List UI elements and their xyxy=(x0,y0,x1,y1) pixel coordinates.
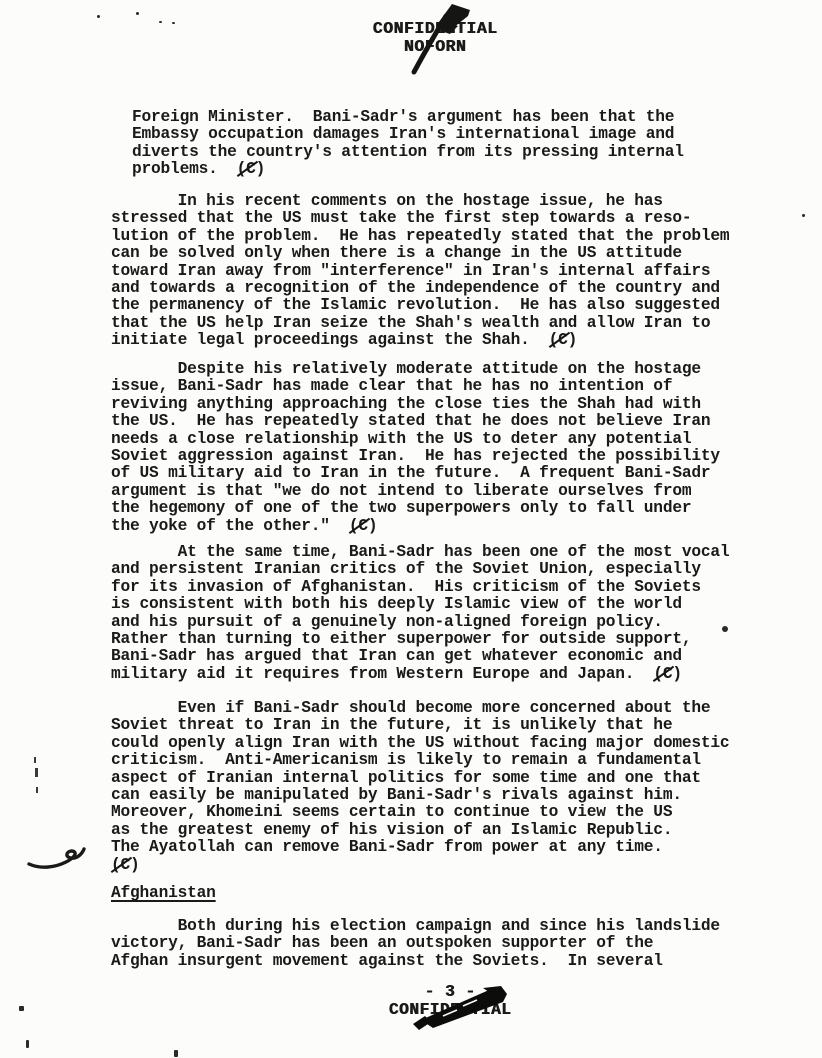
text-line: Soviet threat to Iran in the future, it … xyxy=(111,717,729,734)
text-line: In his recent comments on the hostage is… xyxy=(111,193,729,210)
paragraph: Even if Bani-Sadr should become more con… xyxy=(111,700,729,874)
text-line: The Ayatollah can remove Bani-Sadr from … xyxy=(111,839,729,856)
text-line: of US military aid to Iran in the future… xyxy=(111,465,720,482)
paragraph: At the same time, Bani-Sadr has been one… xyxy=(111,544,729,683)
text-line: Embassy occupation damages Iran's intern… xyxy=(132,126,684,143)
text-line: and his pursuit of a genuinely non-align… xyxy=(111,614,729,631)
classification-footer-label: CONFIDENTIAL xyxy=(340,1002,560,1020)
text-line: Even if Bani-Sadr should become more con… xyxy=(111,700,729,717)
text-line: issue, Bani-Sadr has made clear that he … xyxy=(111,378,720,395)
struck-classification-mark: (C) xyxy=(349,518,378,535)
text-line: the permanency of the Islamic revolution… xyxy=(111,297,729,314)
text-line: problems. (C) xyxy=(132,161,684,178)
text-line: toward Iran away from "interference" in … xyxy=(111,263,729,280)
text-line: At the same time, Bani-Sadr has been one… xyxy=(111,544,729,561)
paragraph: In his recent comments on the hostage is… xyxy=(111,193,729,350)
text-line: as the greatest enemy of his vision of a… xyxy=(111,822,729,839)
text-line: can easily be manipulated by Bani-Sadr's… xyxy=(111,787,729,804)
text-line: stressed that the US must take the first… xyxy=(111,210,729,227)
text-line: victory, Bani-Sadr has been an outspoken… xyxy=(111,935,720,952)
text-line: could openly align Iran with the US with… xyxy=(111,735,729,752)
text-line: the US. He has repeatedly stated that he… xyxy=(111,413,720,430)
ink-speck xyxy=(159,21,162,23)
classification-footer: - 3 - CONFIDENTIAL xyxy=(340,984,560,1019)
text-line: diverts the country's attention from its… xyxy=(132,144,684,161)
struck-classification-mark: (C) xyxy=(237,161,266,178)
text-line: Both during his election campaign and si… xyxy=(111,918,720,935)
page-number: - 3 - xyxy=(340,984,560,1002)
text-line: Foreign Minister. Bani-Sadr's argument h… xyxy=(132,109,684,126)
ink-speck xyxy=(97,15,100,18)
text-line: and persistent Iranian critics of the So… xyxy=(111,561,729,578)
text-line: can be solved only when there is a chang… xyxy=(111,245,729,262)
text-line: the hegemony of one of the two superpowe… xyxy=(111,500,720,517)
text-line: the yoke of the other." (C) xyxy=(111,518,720,535)
text-line: Bani-Sadr has argued that Iran can get w… xyxy=(111,648,729,665)
ink-speck xyxy=(172,22,175,24)
margin-tick-mark xyxy=(36,787,38,793)
text-line: is consistent with both his deeply Islam… xyxy=(111,596,729,613)
text-line: Rather than turning to either superpower… xyxy=(111,631,729,648)
text-line: aspect of Iranian internal politics for … xyxy=(111,770,729,787)
text-line: Despite his relatively moderate attitude… xyxy=(111,361,720,378)
text-line: Afghan insurgent movement against the So… xyxy=(111,953,720,970)
document-page: CONFIDENTIAL NOFORN Foreign Minister. Ba… xyxy=(0,0,822,1058)
paragraph: Foreign Minister. Bani-Sadr's argument h… xyxy=(132,109,684,179)
ink-speck xyxy=(19,1006,24,1011)
ink-speck xyxy=(174,1050,178,1057)
section-heading: Afghanistan xyxy=(111,884,216,902)
text-line: Soviet aggression against Iran. He has r… xyxy=(111,448,720,465)
text-line: lution of the problem. He has repeatedly… xyxy=(111,228,729,245)
text-line: military aid it requires from Western Eu… xyxy=(111,666,729,683)
margin-tick-mark xyxy=(35,768,38,777)
margin-tick-mark xyxy=(34,757,36,763)
ink-speck xyxy=(802,214,805,217)
text-line: that the US help Iran seize the Shah's w… xyxy=(111,315,729,332)
paragraph: Despite his relatively moderate attitude… xyxy=(111,361,720,535)
text-line: Moreover, Khomeini seems certain to cont… xyxy=(111,804,729,821)
struck-classification-mark: (C) xyxy=(653,666,682,683)
classification-header-line1: CONFIDENTIAL xyxy=(340,20,530,38)
text-line: criticism. Anti-Americanism is likely to… xyxy=(111,752,729,769)
text-line: argument is that "we do not intend to li… xyxy=(111,483,720,500)
text-line: and towards a recognition of the indepen… xyxy=(111,280,729,297)
text-line: (C) xyxy=(111,857,729,874)
text-line: needs a close relationship with the US t… xyxy=(111,431,720,448)
margin-pen-mark xyxy=(26,842,88,874)
classification-header-line2: NOFORN xyxy=(340,38,530,56)
text-line: initiate legal proceedings against the S… xyxy=(111,332,729,349)
ink-speck xyxy=(722,626,728,632)
classification-header: CONFIDENTIAL NOFORN xyxy=(340,20,530,55)
struck-classification-mark: (C) xyxy=(111,857,140,874)
struck-classification-mark: (C) xyxy=(549,332,578,349)
ink-speck xyxy=(26,1040,29,1048)
text-line: reviving anything approaching the close … xyxy=(111,396,720,413)
text-line: for its invasion of Afghanistan. His cri… xyxy=(111,579,729,596)
paragraph: Both during his election campaign and si… xyxy=(111,918,720,970)
ink-speck xyxy=(136,12,139,15)
